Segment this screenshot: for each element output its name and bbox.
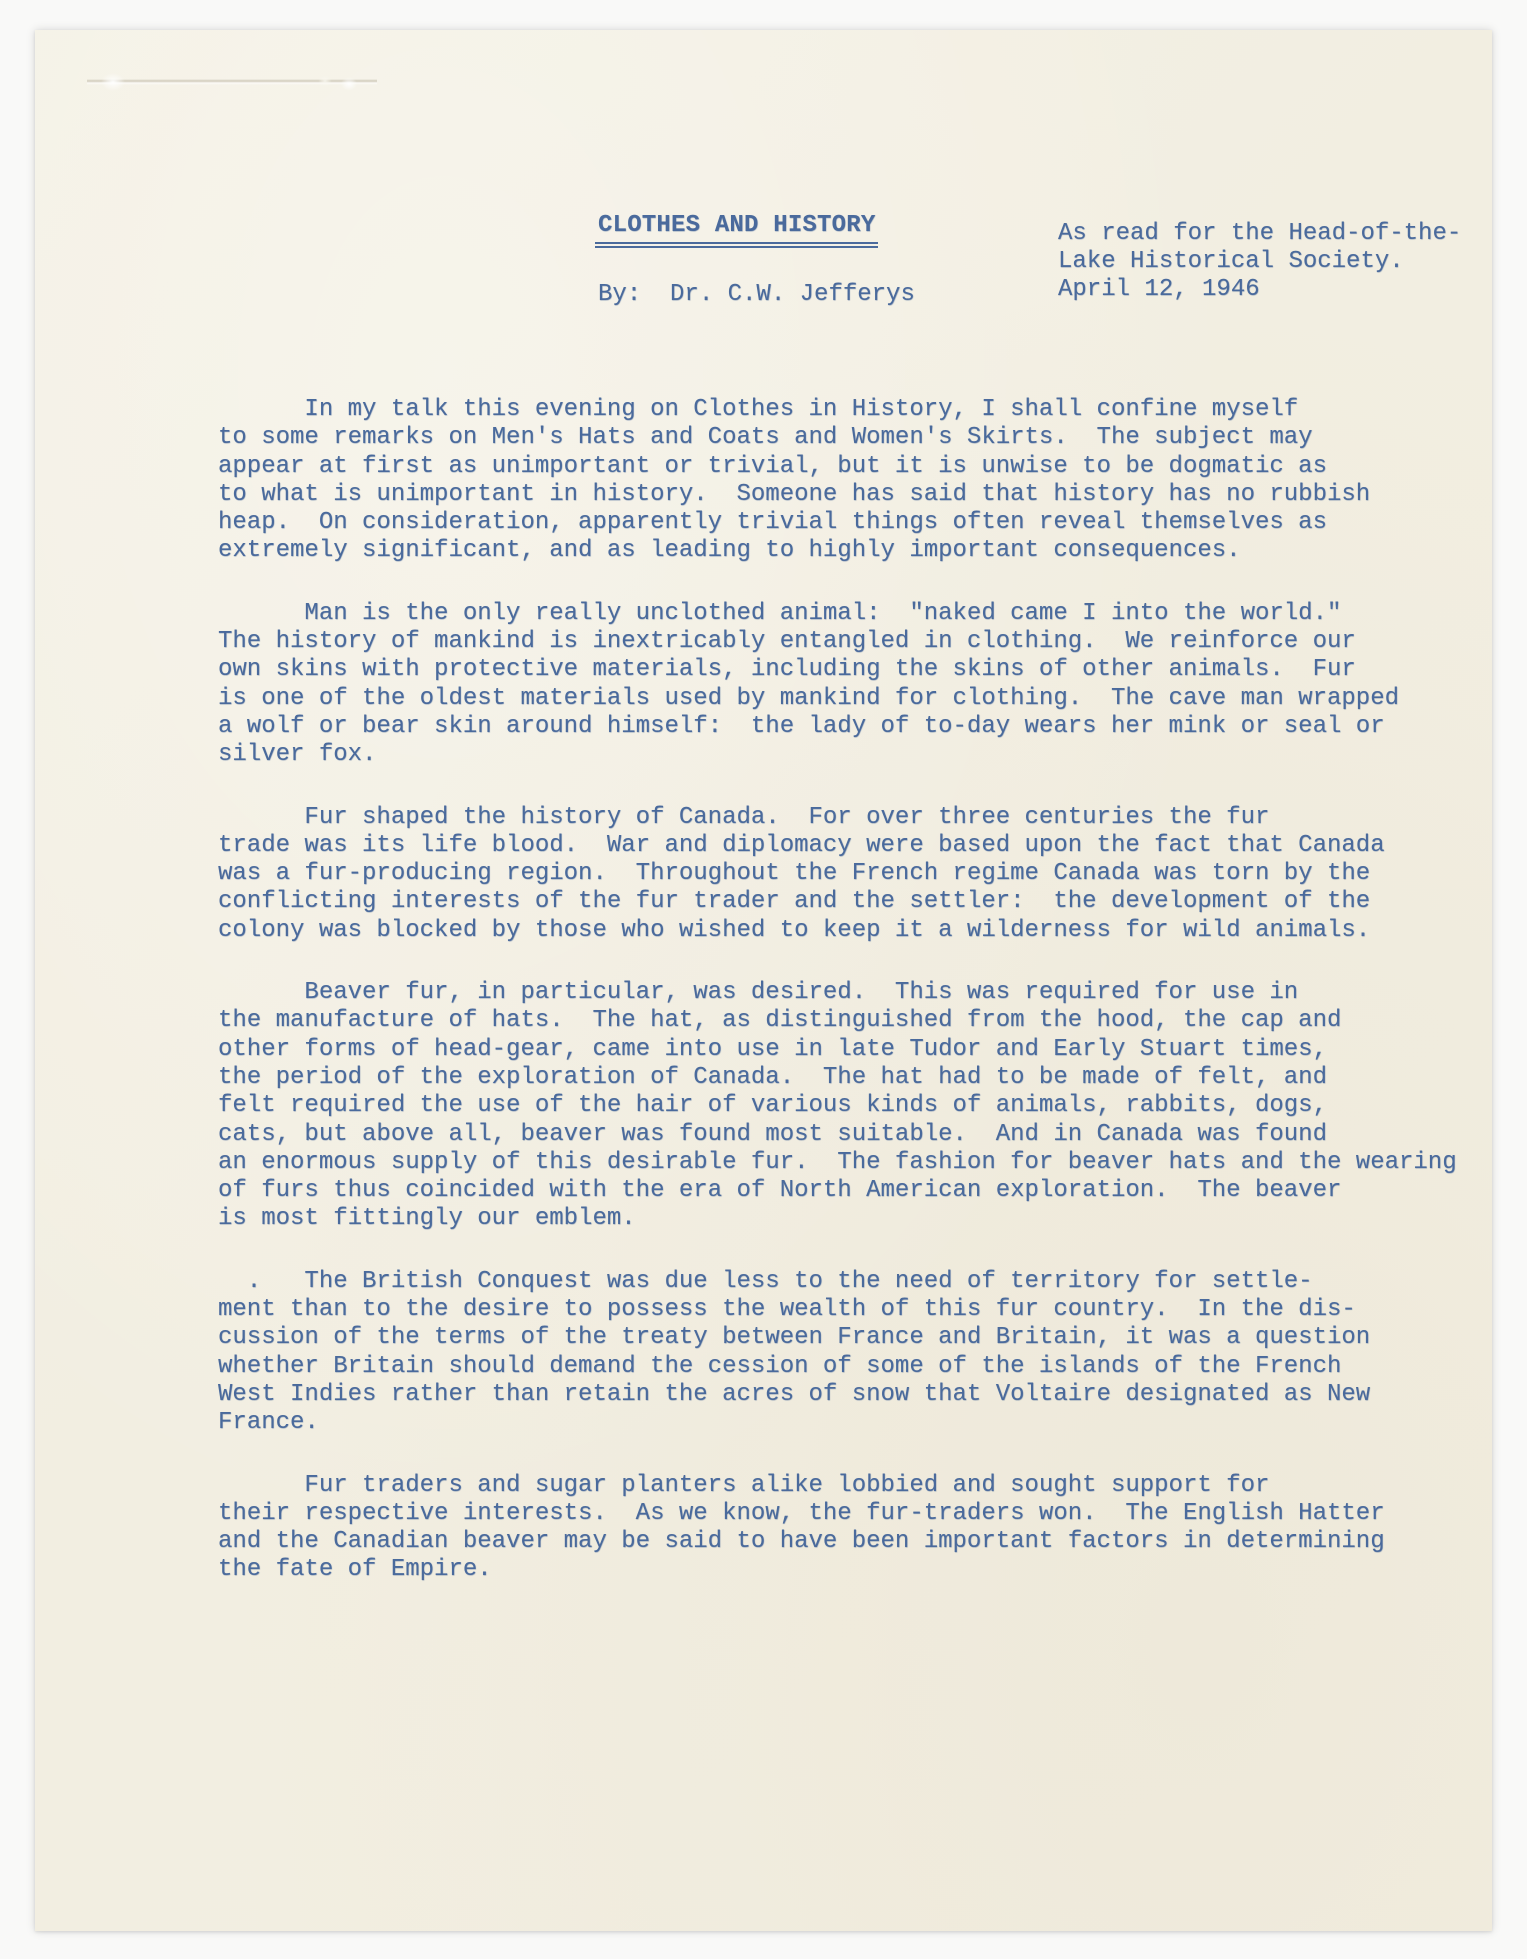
paragraph: . The British Conquest was due less to t… [218,1268,1478,1438]
document-body: In my talk this evening on Clothes in Hi… [218,396,1478,1619]
paragraph: In my talk this evening on Clothes in Hi… [218,396,1478,566]
paragraph: Man is the only really unclothed animal:… [218,600,1478,770]
presentation-note-line-3: April 12, 1946 [1058,276,1260,303]
page-title: CLOTHES AND HISTORY [595,212,878,248]
paragraph: Fur traders and sugar planters alike lob… [218,1472,1478,1585]
paragraph: Fur shaped the history of Canada. For ov… [218,804,1478,945]
presentation-note: As read for the Head-of-the- Lake Histor… [1058,220,1461,304]
paragraph: Beaver fur, in particular, was desired. … [218,979,1478,1234]
presentation-note-line-1: As read for the Head-of-the- [1058,220,1461,247]
presentation-note-line-2: Lake Historical Society. [1058,248,1404,275]
paperclip-mark [87,64,377,98]
scanned-page: CLOTHES AND HISTORY As read for the Head… [0,0,1527,1959]
byline: By: Dr. C.W. Jefferys [598,281,915,308]
paper-sheet: CLOTHES AND HISTORY As read for the Head… [35,30,1492,1931]
